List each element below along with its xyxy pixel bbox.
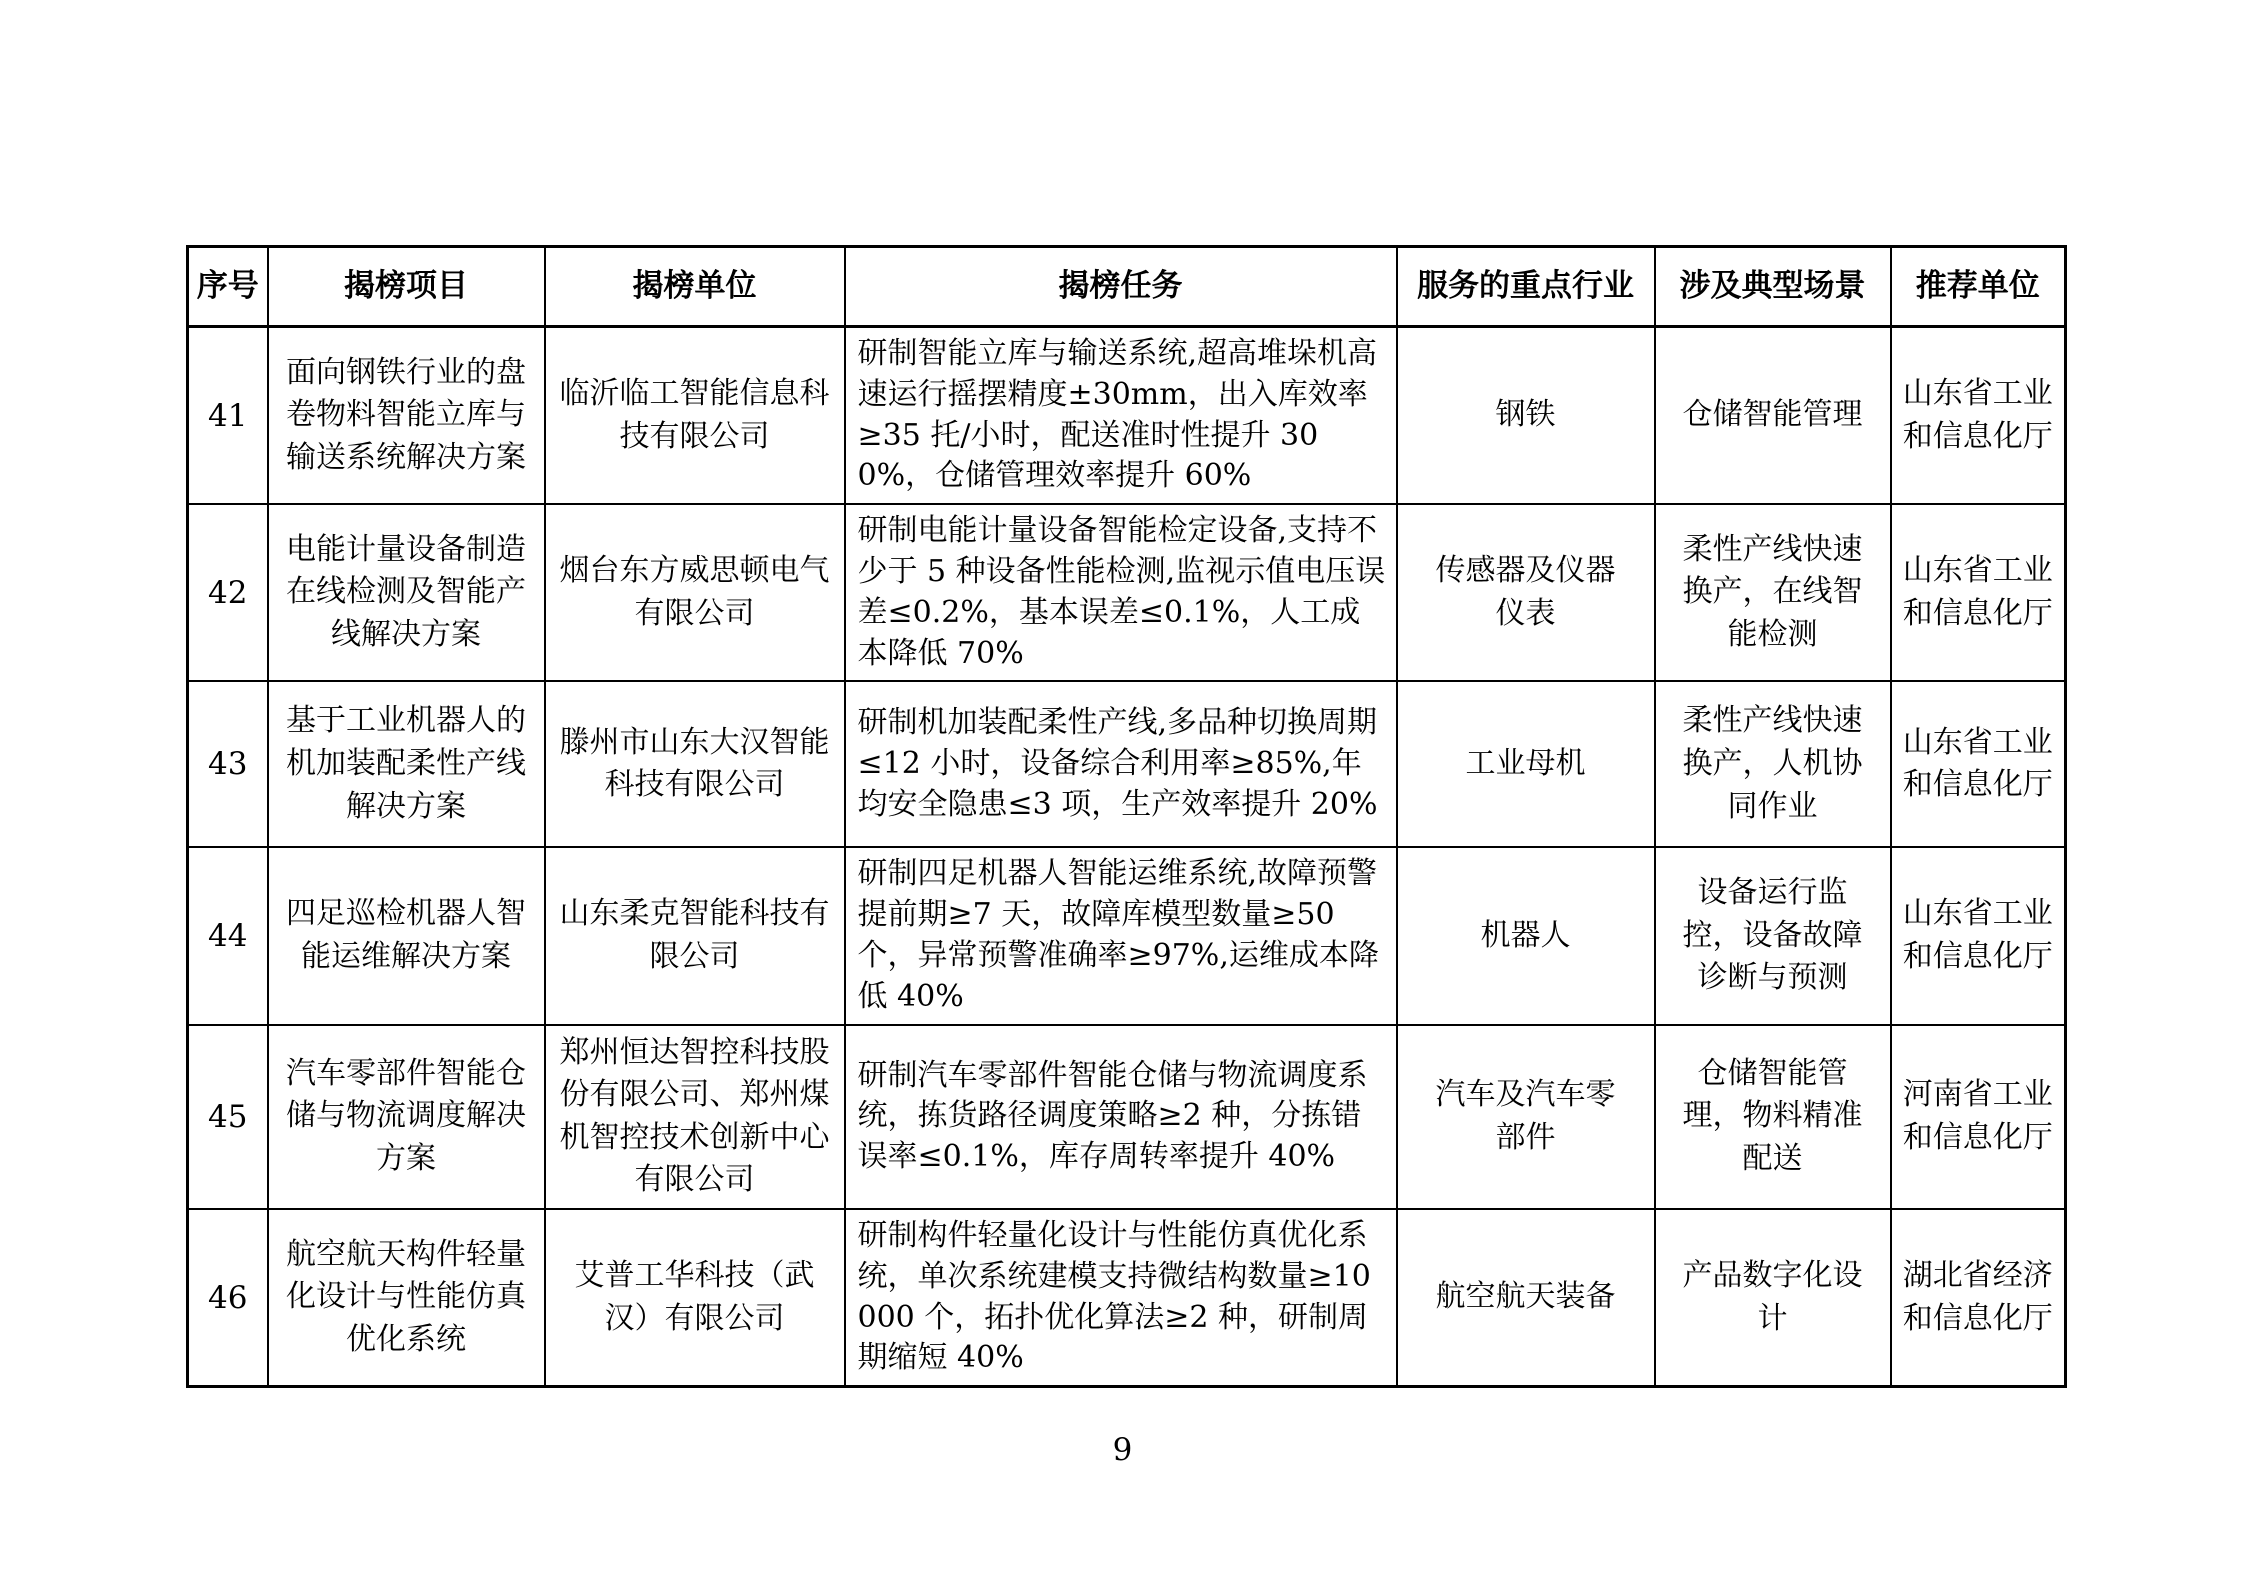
cell-scenario: 仓储智能管理 xyxy=(1655,327,1891,505)
cell-scenario: 柔性产线快速换产，人机协同作业 xyxy=(1655,681,1891,847)
table-row: 42 电能计量设备制造在线检测及智能产线解决方案 烟台东方威思顿电气有限公司 研… xyxy=(188,504,2066,681)
table-row: 45 汽车零部件智能仓储与物流调度解决方案 郑州恒达智控科技股份有限公司、郑州煤… xyxy=(188,1025,2066,1209)
cell-project: 汽车零部件智能仓储与物流调度解决方案 xyxy=(268,1025,545,1209)
cell-task: 研制电能计量设备智能检定设备,支持不少于 5 种设备性能检测,监视示值电压误差≤… xyxy=(845,504,1397,681)
cell-task: 研制机加装配柔性产线,多品种切换周期≤12 小时，设备综合利用率≥85%,年均安… xyxy=(845,681,1397,847)
cell-industry: 机器人 xyxy=(1397,847,1655,1024)
cell-recommender: 山东省工业和信息化厅 xyxy=(1891,847,2066,1024)
header-index: 序号 xyxy=(188,247,268,327)
cell-unit: 临沂临工智能信息科技有限公司 xyxy=(545,327,845,505)
cell-project: 面向钢铁行业的盘卷物料智能立库与输送系统解决方案 xyxy=(268,327,545,505)
cell-scenario: 设备运行监控，设备故障诊断与预测 xyxy=(1655,847,1891,1024)
cell-scenario: 产品数字化设计 xyxy=(1655,1209,1891,1387)
cell-project: 电能计量设备制造在线检测及智能产线解决方案 xyxy=(268,504,545,681)
cell-industry: 汽车及汽车零部件 xyxy=(1397,1025,1655,1209)
project-table: 序号 揭榜项目 揭榜单位 揭榜任务 服务的重点行业 涉及典型场景 推荐单位 41… xyxy=(186,245,2067,1388)
cell-unit: 郑州恒达智控科技股份有限公司、郑州煤机智控技术创新中心有限公司 xyxy=(545,1025,845,1209)
table-header-row: 序号 揭榜项目 揭榜单位 揭榜任务 服务的重点行业 涉及典型场景 推荐单位 xyxy=(188,247,2066,327)
header-industry: 服务的重点行业 xyxy=(1397,247,1655,327)
cell-industry: 航空航天装备 xyxy=(1397,1209,1655,1387)
cell-unit: 烟台东方威思顿电气有限公司 xyxy=(545,504,845,681)
cell-index: 44 xyxy=(188,847,268,1024)
cell-recommender: 山东省工业和信息化厅 xyxy=(1891,681,2066,847)
cell-index: 43 xyxy=(188,681,268,847)
table-row: 41 面向钢铁行业的盘卷物料智能立库与输送系统解决方案 临沂临工智能信息科技有限… xyxy=(188,327,2066,505)
cell-unit: 艾普工华科技（武汉）有限公司 xyxy=(545,1209,845,1387)
table-row: 43 基于工业机器人的机加装配柔性产线解决方案 滕州市山东大汉智能科技有限公司 … xyxy=(188,681,2066,847)
cell-index: 42 xyxy=(188,504,268,681)
cell-scenario: 仓储智能管理，物料精准配送 xyxy=(1655,1025,1891,1209)
document-page: 序号 揭榜项目 揭榜单位 揭榜任务 服务的重点行业 涉及典型场景 推荐单位 41… xyxy=(0,0,2245,1587)
page-number: 9 xyxy=(0,1432,2245,1468)
header-recommender: 推荐单位 xyxy=(1891,247,2066,327)
cell-recommender: 湖北省经济和信息化厅 xyxy=(1891,1209,2066,1387)
cell-unit: 滕州市山东大汉智能科技有限公司 xyxy=(545,681,845,847)
cell-recommender: 山东省工业和信息化厅 xyxy=(1891,327,2066,505)
cell-project: 基于工业机器人的机加装配柔性产线解决方案 xyxy=(268,681,545,847)
cell-index: 45 xyxy=(188,1025,268,1209)
cell-project: 四足巡检机器人智能运维解决方案 xyxy=(268,847,545,1024)
cell-task: 研制构件轻量化设计与性能仿真优化系统，单次系统建模支持微结构数量≥10000 个… xyxy=(845,1209,1397,1387)
cell-task: 研制汽车零部件智能仓储与物流调度系统，拣货路径调度策略≥2 种，分拣错误率≤0.… xyxy=(845,1025,1397,1209)
table-row: 46 航空航天构件轻量化设计与性能仿真优化系统 艾普工华科技（武汉）有限公司 研… xyxy=(188,1209,2066,1387)
cell-scenario: 柔性产线快速换产，在线智能检测 xyxy=(1655,504,1891,681)
cell-task: 研制四足机器人智能运维系统,故障预警提前期≥7 天，故障库模型数量≥50 个，异… xyxy=(845,847,1397,1024)
header-project: 揭榜项目 xyxy=(268,247,545,327)
cell-recommender: 河南省工业和信息化厅 xyxy=(1891,1025,2066,1209)
header-scenario: 涉及典型场景 xyxy=(1655,247,1891,327)
header-unit: 揭榜单位 xyxy=(545,247,845,327)
cell-project: 航空航天构件轻量化设计与性能仿真优化系统 xyxy=(268,1209,545,1387)
cell-index: 41 xyxy=(188,327,268,505)
header-task: 揭榜任务 xyxy=(845,247,1397,327)
cell-task: 研制智能立库与输送系统,超高堆垛机高速运行摇摆精度±30mm，出入库效率≥35 … xyxy=(845,327,1397,505)
cell-industry: 钢铁 xyxy=(1397,327,1655,505)
table-row: 44 四足巡检机器人智能运维解决方案 山东柔克智能科技有限公司 研制四足机器人智… xyxy=(188,847,2066,1024)
cell-unit: 山东柔克智能科技有限公司 xyxy=(545,847,845,1024)
table-body: 41 面向钢铁行业的盘卷物料智能立库与输送系统解决方案 临沂临工智能信息科技有限… xyxy=(188,327,2066,1387)
cell-recommender: 山东省工业和信息化厅 xyxy=(1891,504,2066,681)
cell-industry: 传感器及仪器仪表 xyxy=(1397,504,1655,681)
cell-index: 46 xyxy=(188,1209,268,1387)
cell-industry: 工业母机 xyxy=(1397,681,1655,847)
